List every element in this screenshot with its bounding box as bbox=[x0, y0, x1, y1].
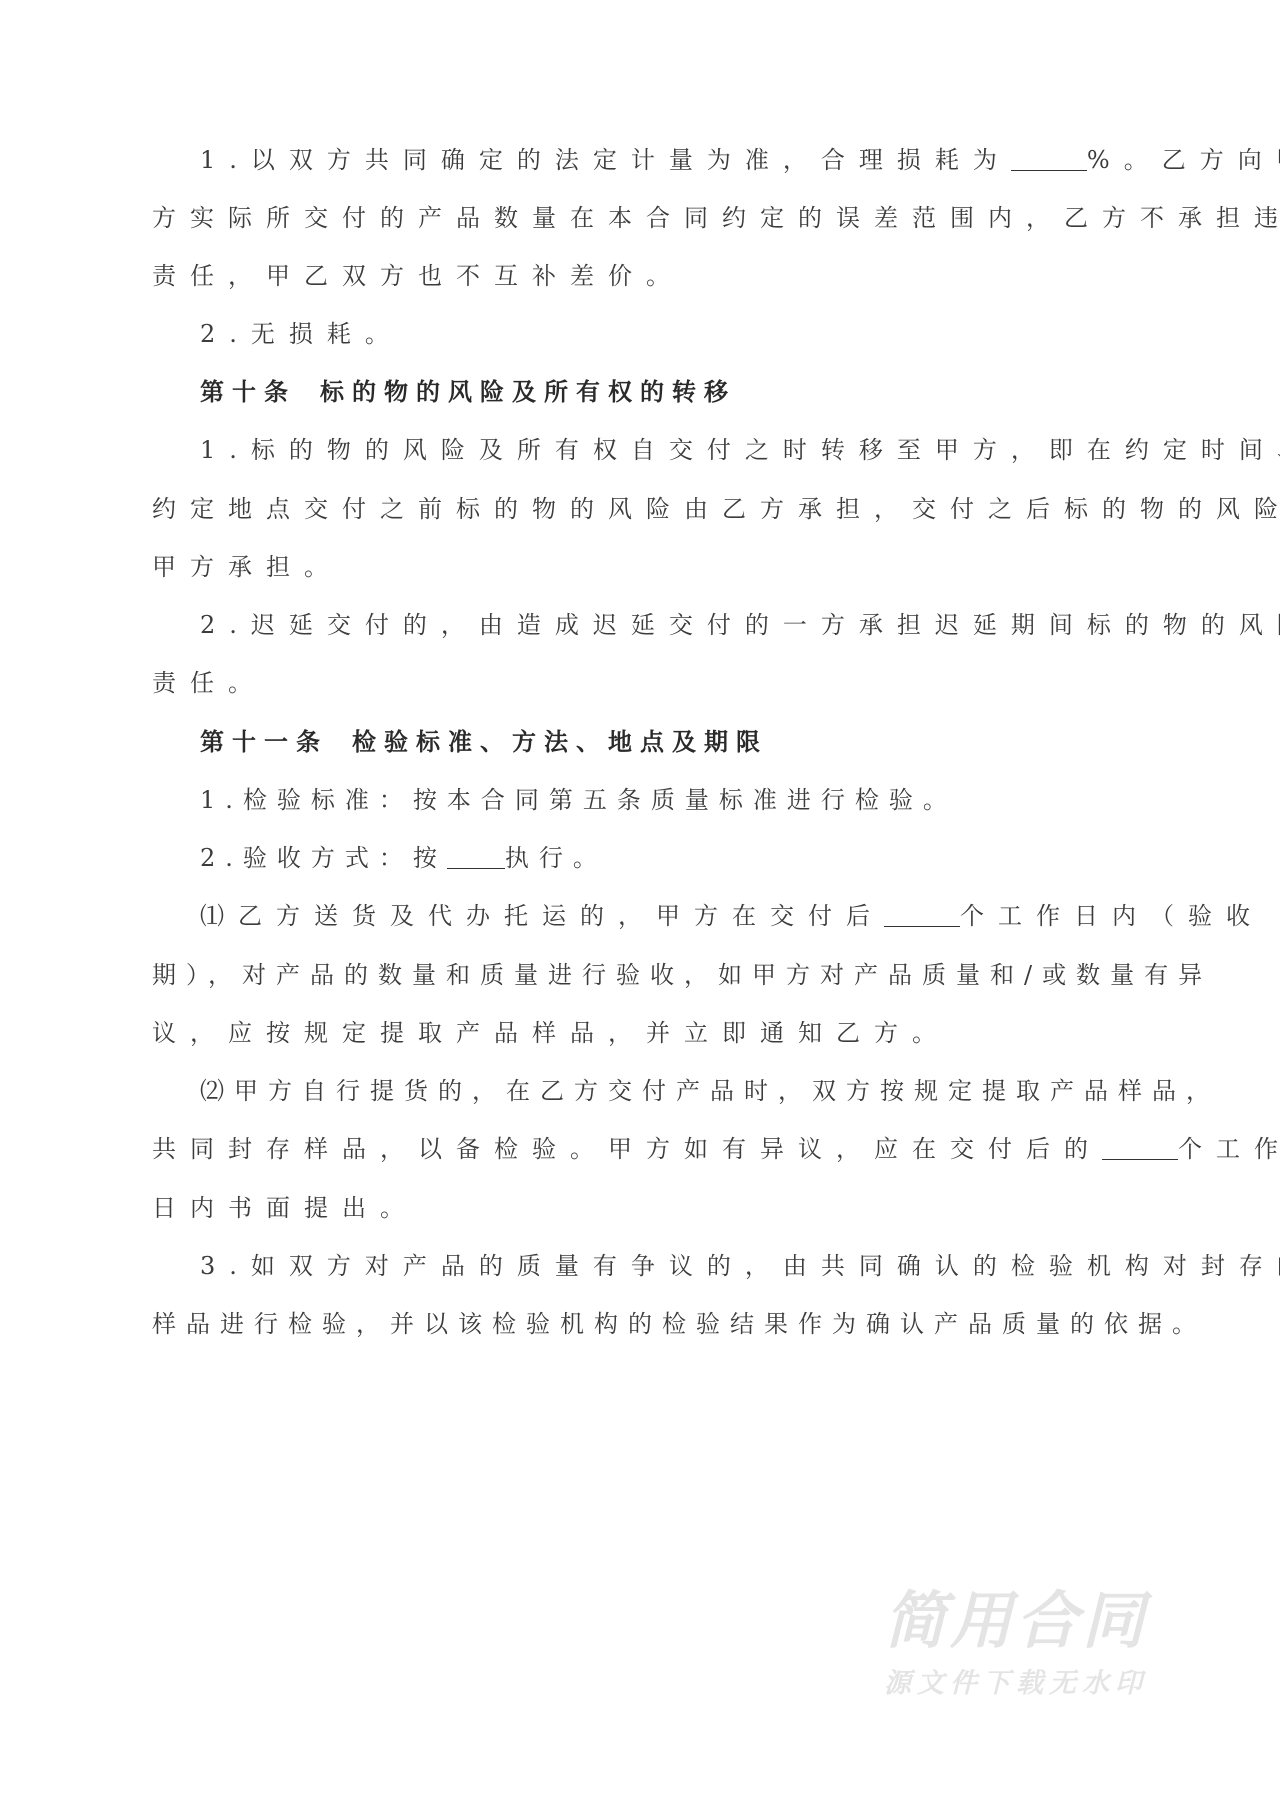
article-title: 检验标准、方法、地点及期限 bbox=[352, 728, 768, 756]
paragraph-line: 甲方承担。 bbox=[152, 547, 972, 587]
document-page: 1.以双方共同确定的法定计量为准，合理损耗为%。乙方向甲 方实际所交付的产品数量… bbox=[0, 0, 1280, 1810]
paragraph-line: 议，应按规定提取产品样品，并立即通知乙方。 bbox=[152, 1013, 972, 1053]
article-title: 标的物的风险及所有权的转移 bbox=[320, 378, 736, 406]
text-run: 执行。 bbox=[505, 844, 607, 872]
paragraph-line: 3.如双方对产品的质量有争议的，由共同确认的检验机构对封存的 bbox=[200, 1246, 1020, 1286]
text-run: ⑴乙方送货及代办托运的，甲方在交付后 bbox=[200, 902, 884, 930]
paragraph-line: 日内书面提出。 bbox=[152, 1188, 972, 1228]
text-run: %。乙方向甲 bbox=[1087, 146, 1280, 174]
paragraph-line: 1.标的物的风险及所有权自交付之时转移至甲方，即在约定时间、 bbox=[200, 430, 1020, 470]
fill-in-blank-objection-days[interactable] bbox=[1102, 1129, 1178, 1160]
watermark: 简用合同 源文件下载无水印 bbox=[884, 1585, 1204, 1701]
paragraph-line: 期），对产品的数量和质量进行验收，如甲方对产品质量和/或数量有异 bbox=[152, 955, 972, 995]
paragraph-line: ⑵甲方自行提货的，在乙方交付产品时，双方按规定提取产品样品， bbox=[200, 1071, 1020, 1111]
fill-in-blank-acceptance-method[interactable] bbox=[447, 838, 505, 869]
article-number: 第十一条 bbox=[200, 728, 328, 756]
paragraph-line: 2.迟延交付的，由造成迟延交付的一方承担迟延期间标的物的风险 bbox=[200, 605, 1020, 645]
paragraph-line: 共同封存样品，以备检验。甲方如有异议，应在交付后的个工作 bbox=[152, 1129, 972, 1169]
fill-in-blank-loss-rate[interactable] bbox=[1011, 140, 1087, 171]
paragraph-line: 1.检验标准：按本合同第五条质量标准进行检验。 bbox=[200, 780, 1020, 820]
paragraph-line: 样品进行检验，并以该检验机构的检验结果作为确认产品质量的依据。 bbox=[152, 1304, 972, 1344]
paragraph-line: 方实际所交付的产品数量在本合同约定的误差范围内，乙方不承担违约 bbox=[152, 198, 972, 238]
paragraph-line: 2.无损耗。 bbox=[200, 314, 1020, 354]
text-run: 2.验收方式：按 bbox=[200, 844, 447, 872]
paragraph-line: 责任。 bbox=[152, 663, 972, 703]
article-number: 第十条 bbox=[200, 378, 296, 406]
article-11-heading: 第十一条检验标准、方法、地点及期限 bbox=[200, 722, 1020, 762]
watermark-slogan: 源文件下载无水印 bbox=[884, 1667, 1204, 1701]
text-run: 1.以双方共同确定的法定计量为准，合理损耗为 bbox=[200, 146, 1011, 174]
fill-in-blank-acceptance-days[interactable] bbox=[884, 896, 960, 927]
text-run: 个工作 bbox=[1178, 1135, 1280, 1163]
text-run: 共同封存样品，以备检验。甲方如有异议，应在交付后的 bbox=[152, 1135, 1102, 1163]
paragraph-line: 责任，甲乙双方也不互补差价。 bbox=[152, 256, 972, 296]
paragraph-line: 2.验收方式：按执行。 bbox=[200, 838, 1020, 878]
article-10-heading: 第十条标的物的风险及所有权的转移 bbox=[200, 372, 1020, 412]
paragraph-line: 约定地点交付之前标的物的风险由乙方承担，交付之后标的物的风险由 bbox=[152, 489, 972, 529]
text-run: 个工作日内（验收 bbox=[960, 902, 1264, 930]
paragraph-line: 1.以双方共同确定的法定计量为准，合理损耗为%。乙方向甲 bbox=[200, 140, 1020, 180]
watermark-brand: 简用合同 bbox=[884, 1585, 1204, 1657]
paragraph-line: ⑴乙方送货及代办托运的，甲方在交付后个工作日内（验收 bbox=[200, 896, 1020, 936]
